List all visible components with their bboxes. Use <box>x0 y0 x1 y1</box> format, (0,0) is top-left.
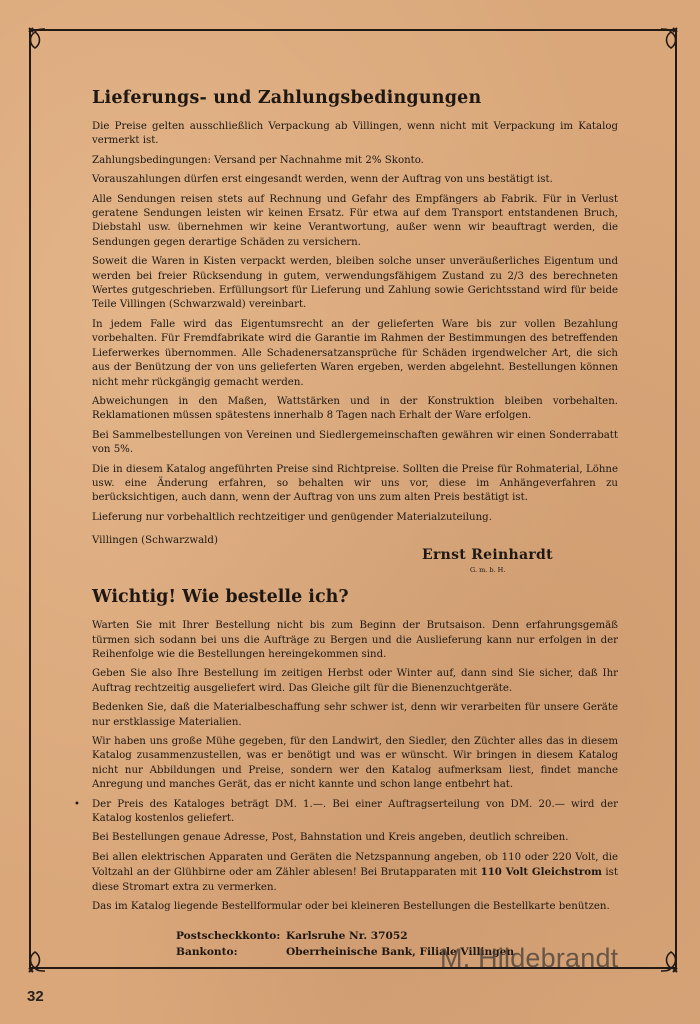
terms-paragraph: Die Preise gelten ausschließlich Verpack… <box>92 120 618 149</box>
corner-ornament-icon <box>25 950 51 976</box>
terms-paragraph: Die in diesem Katalog angeführten Preise… <box>92 463 618 506</box>
page-content: Lieferungs- und Zahlungsbedingungen Die … <box>92 86 618 960</box>
terms-paragraph: Abweichungen in den Maßen, Wattstärken u… <box>92 395 618 424</box>
terms-heading: Lieferungs- und Zahlungsbedingungen <box>92 86 618 110</box>
terms-paragraph: Vorauszahlungen dürfen erst eingesandt w… <box>92 173 618 187</box>
terms-paragraph: Soweit die Waren in Kisten verpackt werd… <box>92 255 618 313</box>
terms-paragraph: Zahlungsbedingungen: Versand per Nachnah… <box>92 154 618 168</box>
company-suffix: G. m. b. H. <box>470 566 505 574</box>
ordering-paragraph: Das im Katalog liegende Bestellformular … <box>92 900 618 914</box>
terms-paragraph: In jedem Falle wird das Eigentumsrecht a… <box>92 318 618 390</box>
ordering-paragraph: •Der Preis des Kataloges beträgt DM. 1.—… <box>92 798 618 827</box>
terms-paragraph: Alle Sendungen reisen stets auf Rechnung… <box>92 193 618 251</box>
account-label: Postscheckkonto: <box>176 928 286 944</box>
watermark: M. Hildebrandt <box>440 943 618 974</box>
ordering-paragraph: Bei Bestellungen genaue Adresse, Post, B… <box>92 831 618 845</box>
terms-paragraph: Bei Sammelbestellungen von Vereinen und … <box>92 429 618 458</box>
page-number: 32 <box>27 988 44 1005</box>
ordering-paragraph: Bedenken Sie, daß die Materialbeschaffun… <box>92 701 618 730</box>
ordering-paragraph: Warten Sie mit Ihrer Bestellung nicht bi… <box>92 619 618 662</box>
voltage-paragraph: Bei allen elektrischen Apparaten und Ger… <box>92 851 618 895</box>
catalog-price-text: Der Preis des Kataloges beträgt DM. 1.—.… <box>92 799 618 824</box>
ordering-heading: Wichtig! Wie bestelle ich? <box>92 585 618 609</box>
account-label: Bankonto: <box>176 944 286 960</box>
ordering-section: Warten Sie mit Ihrer Bestellung nicht bi… <box>92 619 618 914</box>
corner-ornament-icon <box>655 950 681 976</box>
voltage-emphasis: 110 Volt Gleichstrom <box>481 866 602 878</box>
signature-place: Villingen (Schwarzwald) <box>92 535 218 546</box>
corner-ornament-icon <box>25 24 51 50</box>
bullet-dot-icon: • <box>74 798 80 812</box>
corner-ornament-icon <box>655 24 681 50</box>
company-name: Ernst Reinhardt <box>422 547 553 563</box>
ordering-paragraph: Wir haben uns große Mühe gegeben, für de… <box>92 735 618 793</box>
ordering-paragraph: Geben Sie also Ihre Bestellung im zeitig… <box>92 667 618 696</box>
account-value: Karlsruhe Nr. 37052 <box>286 928 408 944</box>
terms-section: Die Preise gelten ausschließlich Verpack… <box>92 120 618 525</box>
signature-block: Villingen (Schwarzwald) Ernst Reinhardt … <box>92 535 618 579</box>
terms-paragraph: Lieferung nur vorbehaltlich rechtzeitige… <box>92 511 618 525</box>
